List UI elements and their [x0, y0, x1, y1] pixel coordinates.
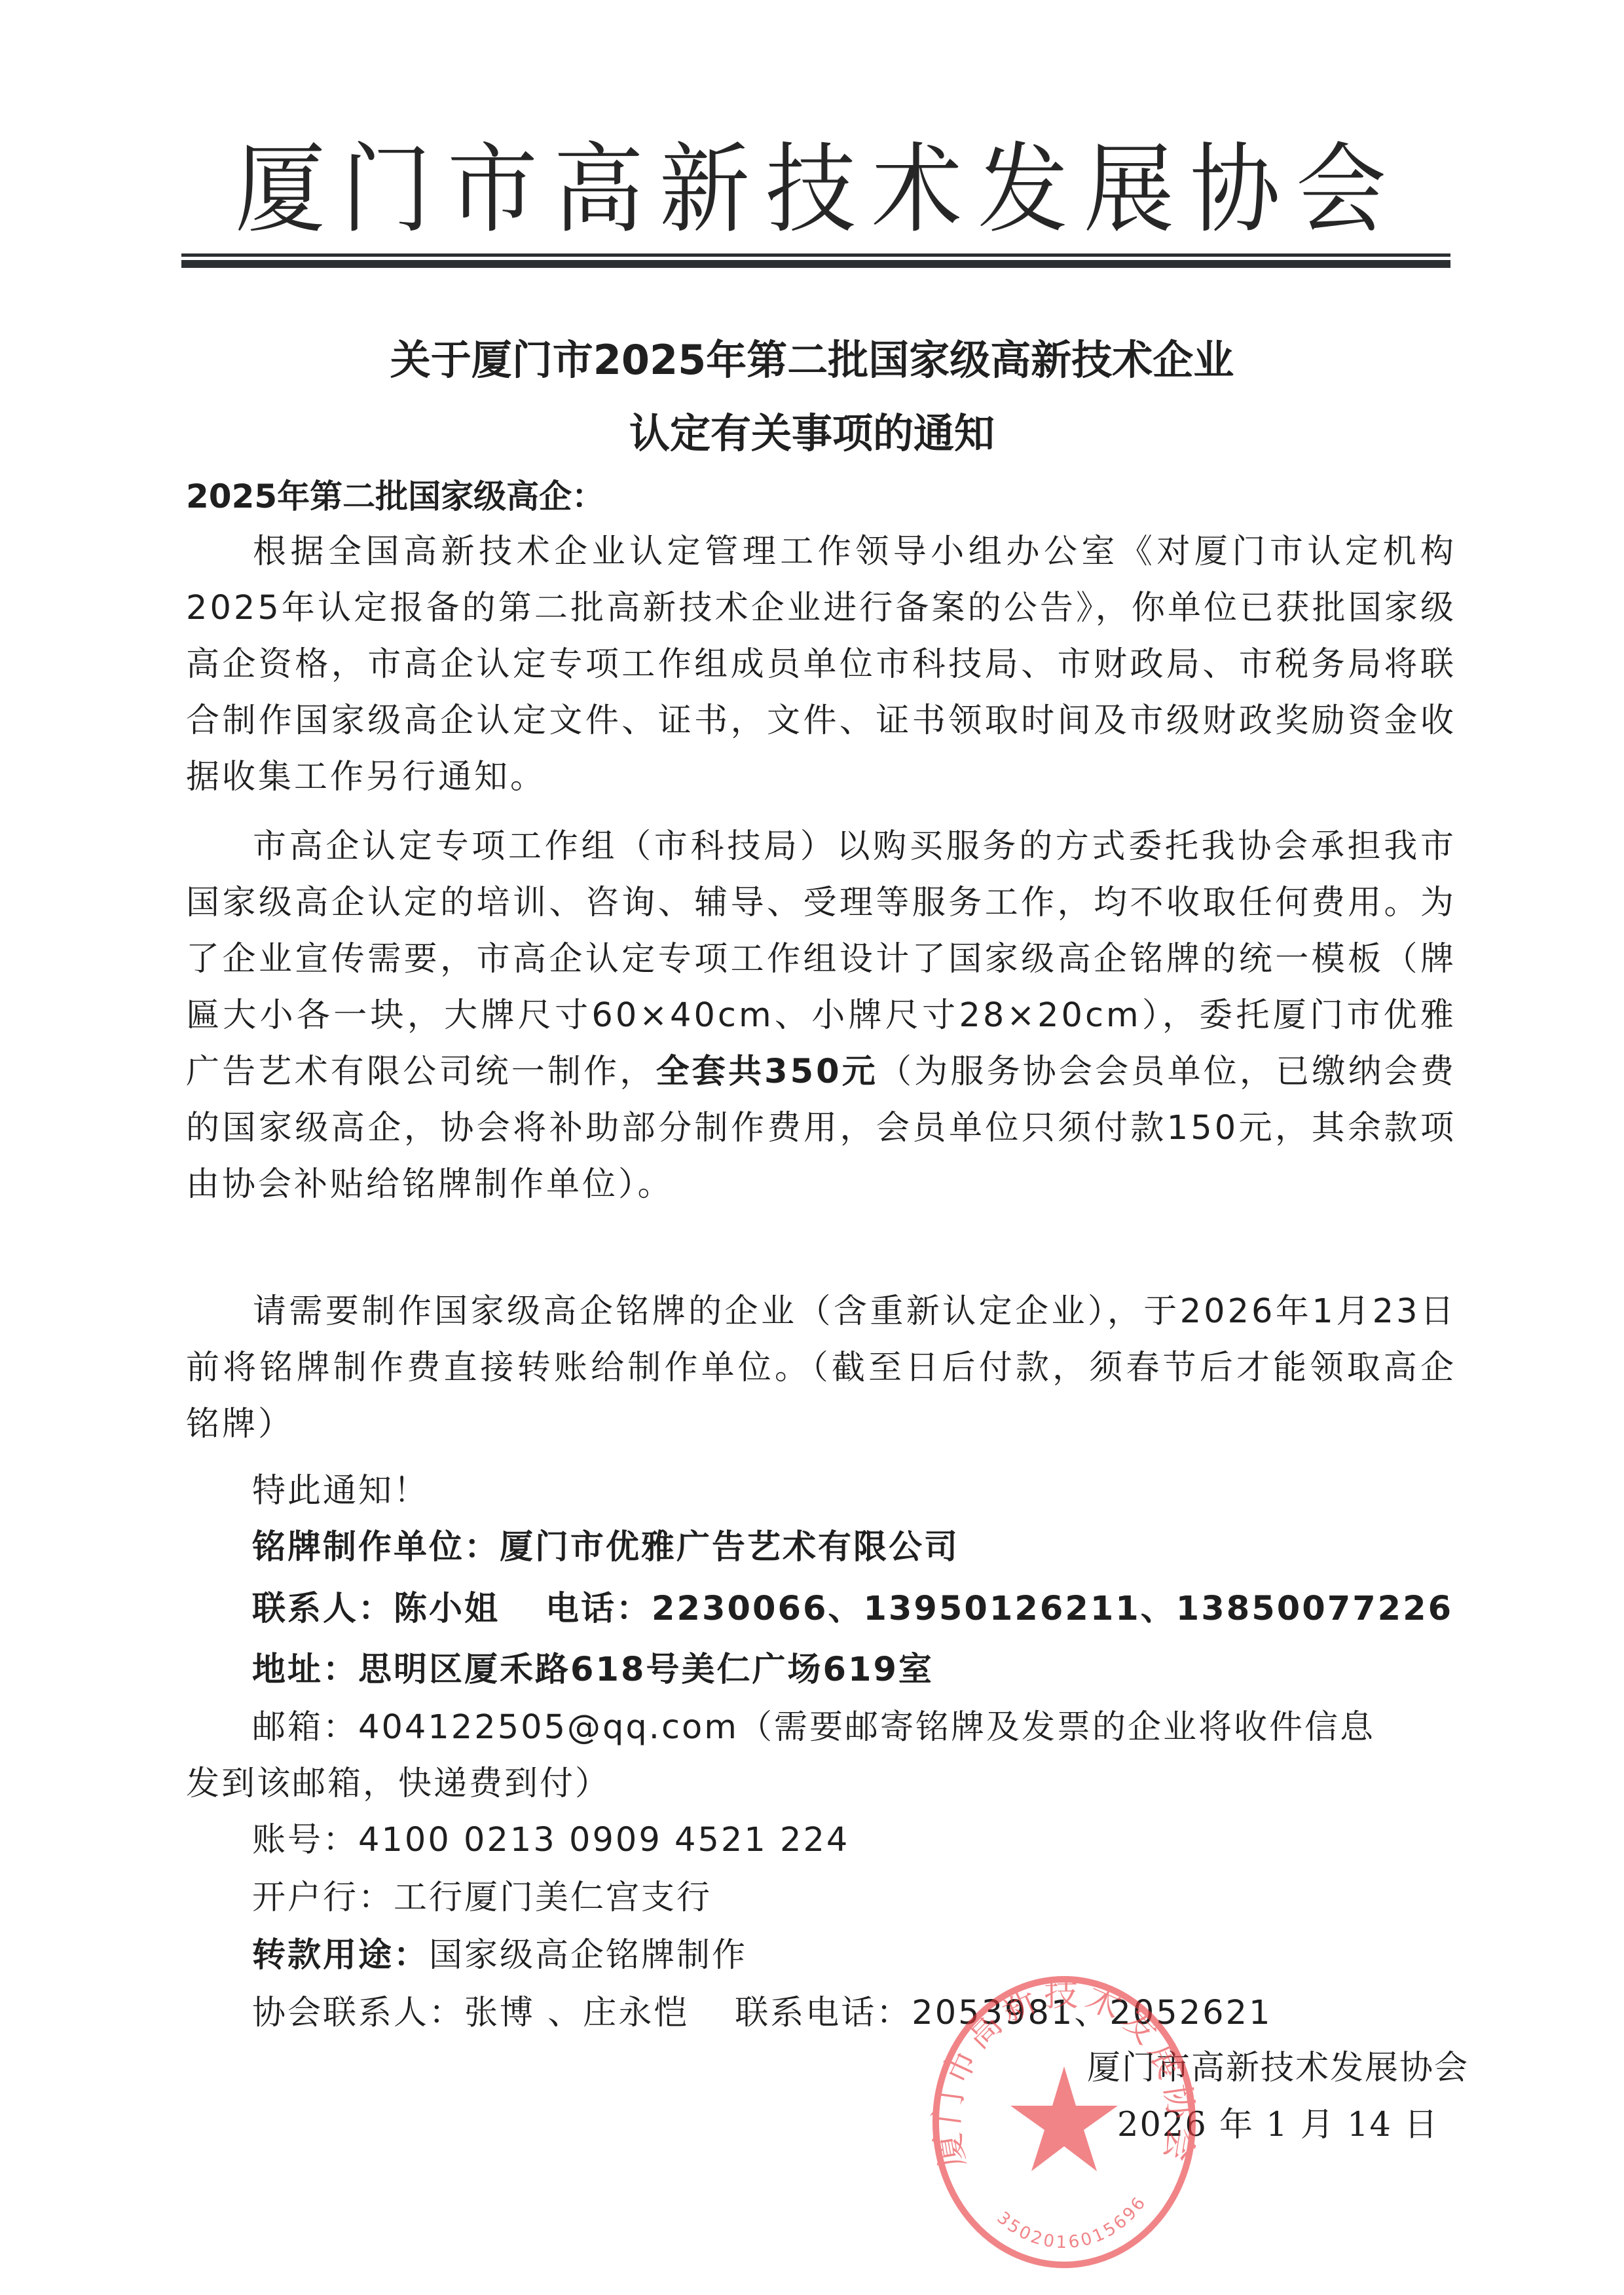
letterhead-rule-thick — [181, 260, 1450, 268]
address-line: 地址：思明区厦禾路618号美仁广场619室 — [252, 1644, 934, 1696]
bank-label: 开户行： — [252, 1878, 394, 1917]
assoc-contact-value: 张博 、庄永恺 — [464, 1994, 689, 2032]
purpose-label: 转款用途： — [252, 1936, 429, 1975]
address-label: 地址： — [252, 1651, 358, 1689]
maker-line: 铭牌制作单位：厦门市优雅广告艺术有限公司 — [252, 1521, 959, 1574]
assoc-phone-value: 2053981、2052621 — [912, 1994, 1272, 2032]
maker-value: 厦门市优雅广告艺术有限公司 — [500, 1528, 959, 1567]
paragraph-1: 根据全国高新技术企业认定管理工作领导小组办公室《对厦门市认定机构2025年认定报… — [186, 524, 1456, 806]
signature-date: 2026 年 1 月 14 日 — [1117, 2099, 1439, 2152]
email-note-continued: 发到该邮箱，快递费到付） — [186, 1758, 610, 1810]
paragraph-2-text-a: 市高企认定专项工作组（市科技局）以购买服务的方式委托我协会承担我市国家级高企认定… — [186, 827, 1456, 1091]
salutation: 2025年第二批国家级高企： — [186, 474, 604, 519]
address-value: 思明区厦禾路618号美仁广场619室 — [358, 1651, 934, 1689]
paragraph-2: 市高企认定专项工作组（市科技局）以购买服务的方式委托我协会承担我市国家级高企认定… — [186, 819, 1456, 1213]
notice-closing: 特此通知！ — [252, 1465, 429, 1518]
email-note: （需要邮寄铭牌及发票的企业将收件信息 — [739, 1708, 1375, 1747]
account-label: 账号： — [252, 1821, 358, 1859]
document-title-line2: 认定有关事项的通知 — [170, 407, 1454, 460]
purpose-line: 转款用途：国家级高企铭牌制作 — [252, 1930, 747, 1982]
paragraph-2-price-bold: 全套共350元 — [656, 1053, 878, 1091]
stamp-code: 3502016015696 — [993, 2192, 1151, 2253]
phone-label: 电话： — [545, 1590, 652, 1628]
contact-value: 陈小姐 — [394, 1590, 500, 1628]
paragraph-3: 请需要制作国家级高企铭牌的企业（含重新认定企业），于2026年1月23日前将铭牌… — [186, 1284, 1456, 1453]
email-label: 邮箱： — [252, 1708, 358, 1747]
assoc-phone-label: 联系电话： — [735, 1994, 912, 2032]
contact-line: 联系人：陈小姐电话：2230066、13950126211、1385007722… — [252, 1583, 1453, 1635]
purpose-value: 国家级高企铭牌制作 — [429, 1936, 747, 1975]
email-line: 邮箱：404122505@qq.com（需要邮寄铭牌及发票的企业将收件信息 — [252, 1702, 1375, 1754]
email-value[interactable]: 404122505@qq.com — [358, 1708, 739, 1747]
svg-text:3502016015696: 3502016015696 — [993, 2192, 1151, 2253]
contact-label: 联系人： — [252, 1590, 394, 1628]
document-title-line1: 关于厦门市2025年第二批国家级高新技术企业 — [170, 334, 1454, 386]
assoc-contact-label: 协会联系人： — [252, 1994, 464, 2032]
document-page: 厦门市高新技术发展协会 关于厦门市2025年第二批国家级高新技术企业 认定有关事… — [0, 0, 1624, 2295]
signature-org: 厦门市高新技术发展协会 — [1087, 2042, 1469, 2095]
phone-value: 2230066、13950126211、13850077226 — [652, 1590, 1453, 1628]
account-value: 4100 0213 0909 4521 224 — [358, 1821, 849, 1859]
account-line: 账号：4100 0213 0909 4521 224 — [252, 1814, 849, 1867]
bank-line: 开户行：工行厦门美仁宫支行 — [252, 1872, 712, 1924]
maker-label: 铭牌制作单位： — [252, 1528, 500, 1567]
letterhead-org-name: 厦门市高新技术发展协会 — [177, 126, 1460, 253]
association-contact-line: 协会联系人：张博 、庄永恺联系电话：2053981、2052621 — [252, 1987, 1272, 2040]
letterhead-rule-thin — [181, 253, 1450, 257]
bank-value: 工行厦门美仁宫支行 — [394, 1878, 712, 1917]
